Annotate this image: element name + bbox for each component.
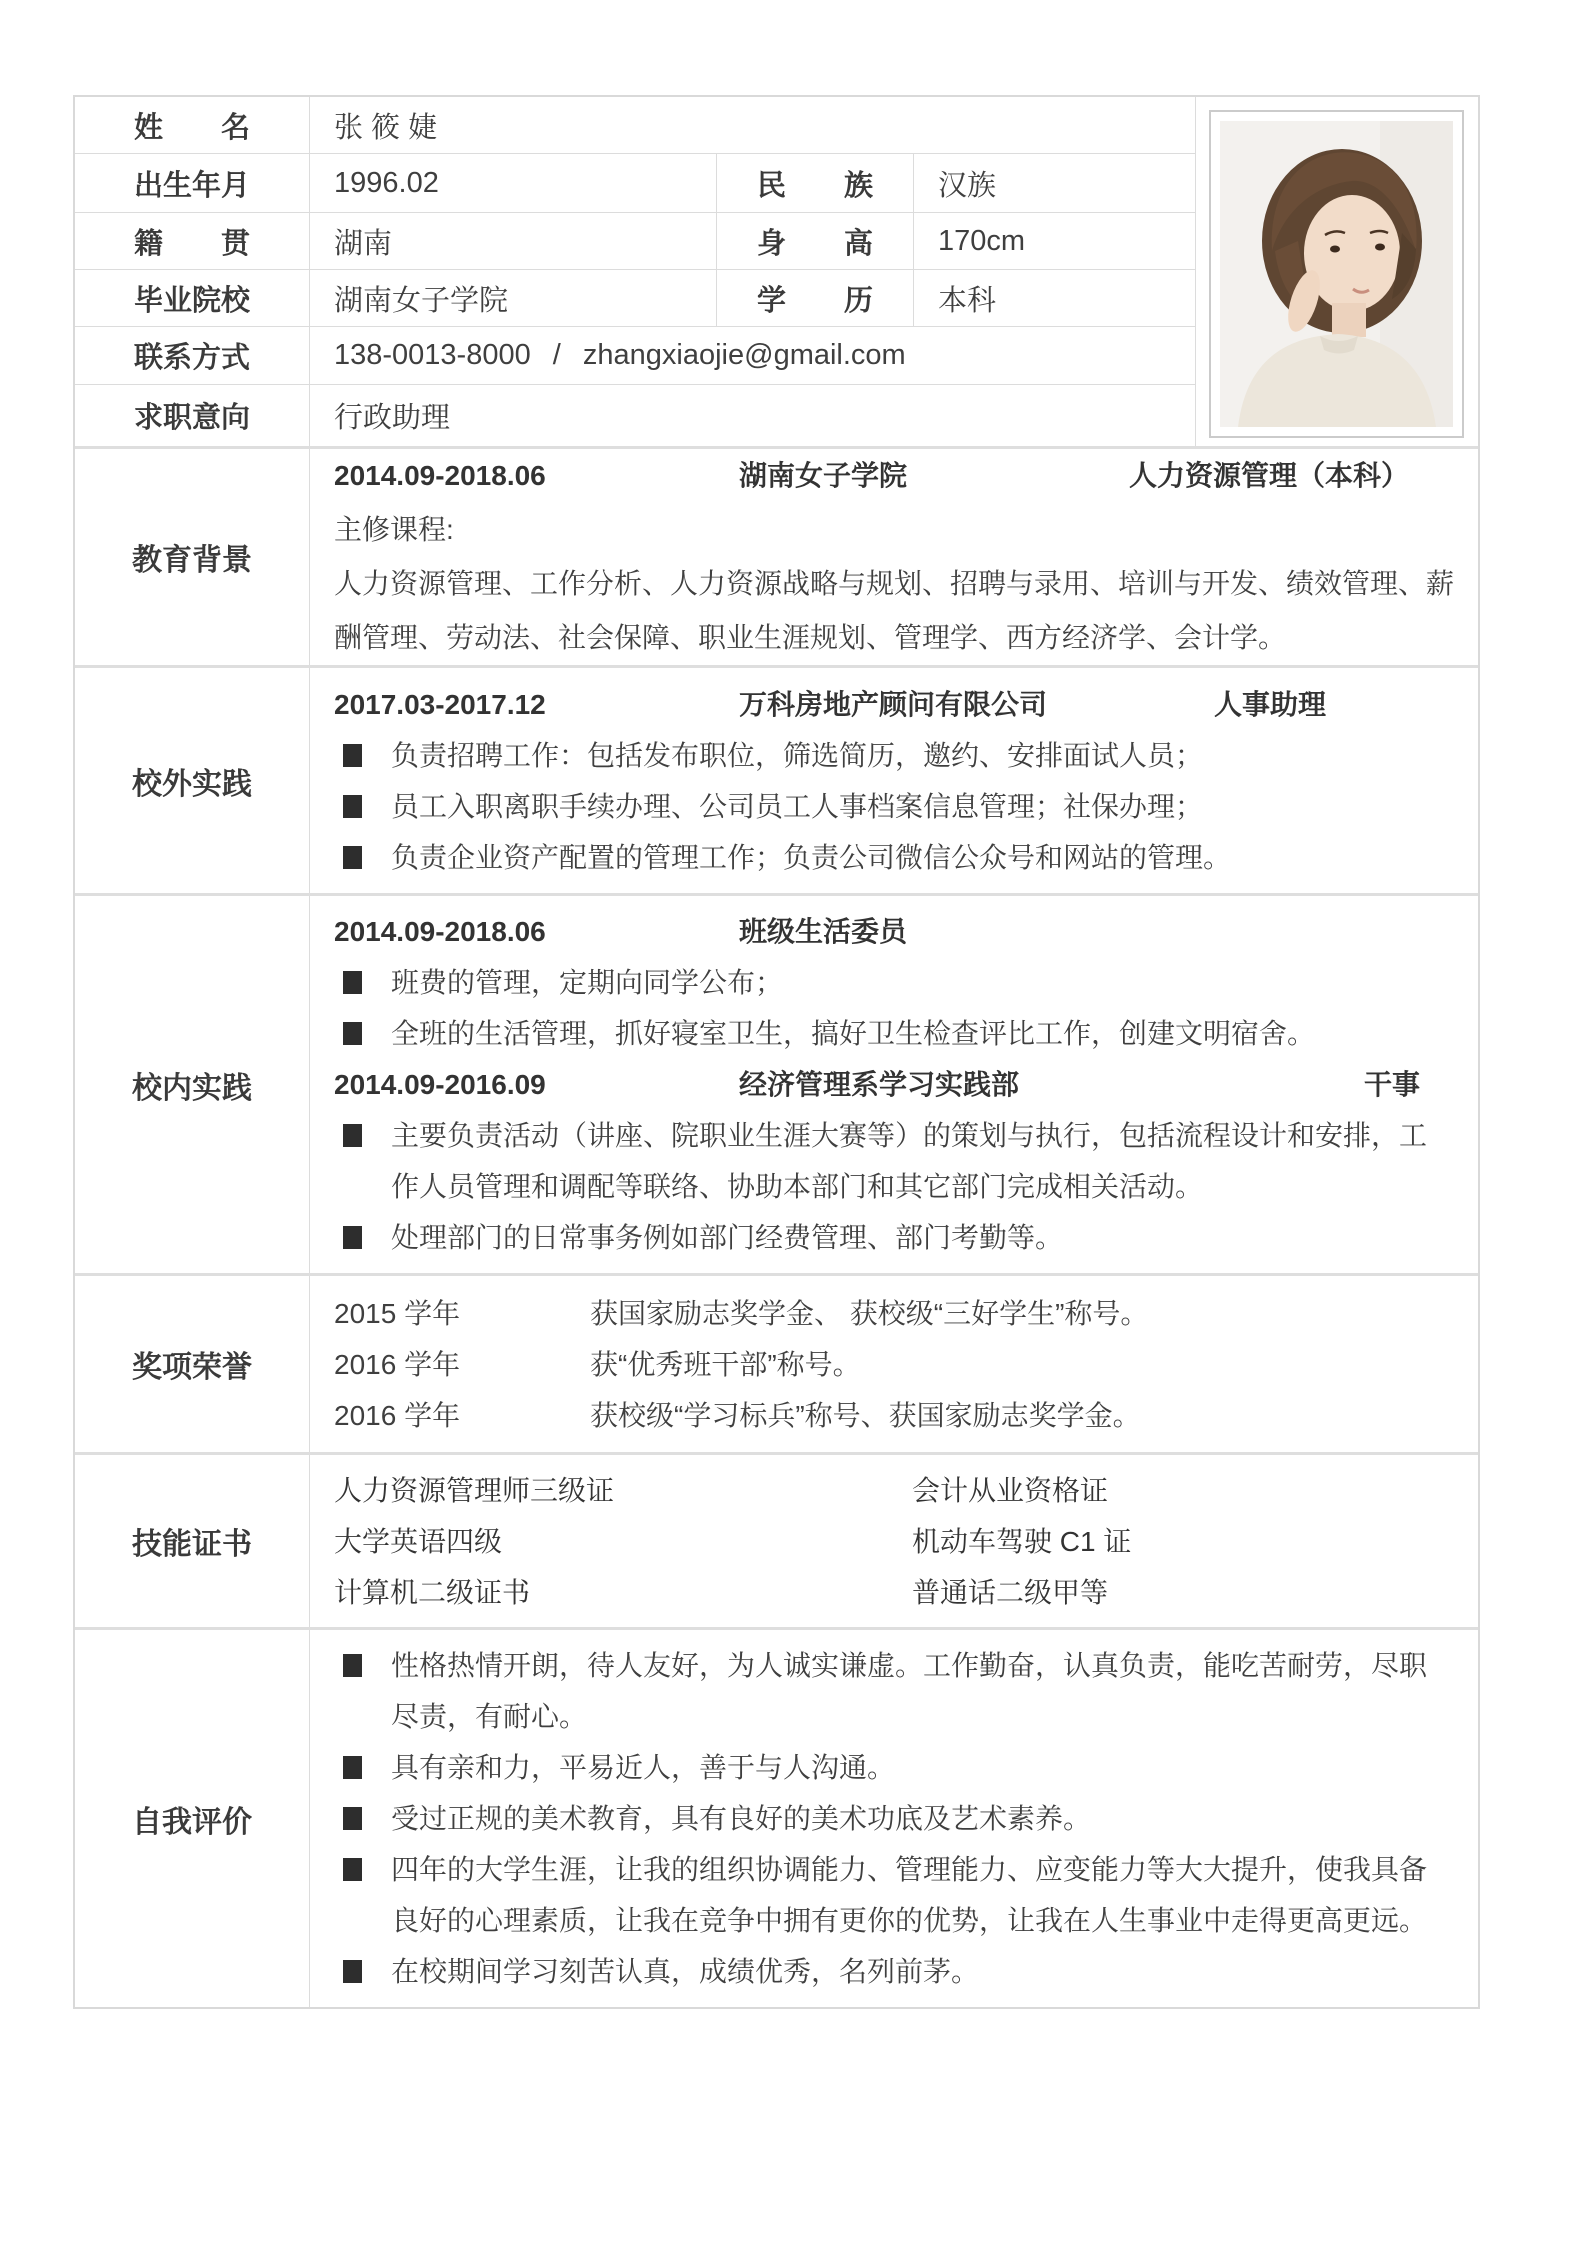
- list-item: 主要负责活动（讲座、院职业生涯大赛等）的策划与执行，包括流程设计和安排，工作人员…: [334, 1110, 1454, 1212]
- height-label: 身 高: [717, 213, 914, 270]
- list-item: 在校期间学习刻苦认真，成绩优秀，名列前茅。: [334, 1946, 1454, 1997]
- bullet-text: 四年的大学生涯，让我的组织协调能力、管理能力、应变能力等大大提升，使我具备良好的…: [391, 1854, 1427, 1936]
- bullet-text: 员工入职离职手续办理、公司员工人事档案信息管理；社保办理；: [391, 791, 1203, 822]
- origin-label: 籍 贯: [75, 213, 310, 270]
- section-self-evaluation: 自我评价 性格热情开朗，待人友好，为人诚实谦虚。工作勤奋，认真负责，能吃苦耐劳，…: [75, 1627, 1478, 2007]
- section-external-practice-content: 2017.03-2017.12 万科房地产顾问有限公司 人事助理 负责招聘工作：…: [310, 668, 1478, 893]
- internal-practice-header-2: 2014.09-2016.09 经济管理系学习实践部 干事: [334, 1059, 1454, 1110]
- bullet-text: 全班的生活管理，抓好寝室卫生，搞好卫生检查评比工作，创建文明宿舍。: [391, 1018, 1315, 1049]
- section-internal-practice-label: 校内实践: [75, 896, 310, 1273]
- objective-value: 行政助理: [310, 385, 1196, 446]
- award-item: 2015 学年 获国家励志奖学金、 获校级“三好学生”称号。: [334, 1288, 1454, 1339]
- external-practice-org: 万科房地产顾问有限公司: [739, 679, 1214, 730]
- award-year: 2016 学年: [334, 1339, 590, 1390]
- section-internal-practice: 校内实践 2014.09-2018.06 班级生活委员 班费的管理，定期向同学公…: [75, 893, 1478, 1273]
- award-item: 2016 学年 获校级“学习标兵”称号、获国家励志奖学金。: [334, 1390, 1454, 1441]
- list-item: 员工入职离职手续办理、公司员工人事档案信息管理；社保办理；: [334, 781, 1454, 832]
- square-bullet-icon: [343, 744, 362, 767]
- square-bullet-icon: [343, 1124, 362, 1147]
- bullet-text: 具有亲和力，平易近人，善于与人沟通。: [391, 1752, 895, 1783]
- square-bullet-icon: [343, 971, 362, 994]
- square-bullet-icon: [343, 1807, 362, 1830]
- award-item: 2016 学年 获“优秀班干部”称号。: [334, 1339, 1454, 1390]
- list-item: 全班的生活管理，抓好寝室卫生，搞好卫生检查评比工作，创建文明宿舍。: [334, 1008, 1454, 1059]
- courses-title: 主修课程:: [334, 503, 1454, 557]
- courses-text: 人力资源管理、工作分析、人力资源战略与规划、招聘与录用、培训与开发、绩效管理、薪…: [334, 557, 1454, 665]
- square-bullet-icon: [343, 1858, 362, 1881]
- internal-practice-org-2: 经济管理系学习实践部: [739, 1059, 1364, 1110]
- skill-item: 人力资源管理师三级证: [334, 1465, 912, 1516]
- award-desc: 获国家励志奖学金、 获校级“三好学生”称号。: [590, 1288, 1454, 1339]
- birth-value: 1996.02: [310, 154, 717, 213]
- education-major: 人力资源管理（本科）: [1129, 449, 1454, 503]
- award-desc: 获校级“学习标兵”称号、获国家励志奖学金。: [590, 1390, 1454, 1441]
- section-awards-content: 2015 学年 获国家励志奖学金、 获校级“三好学生”称号。 2016 学年 获…: [310, 1276, 1478, 1452]
- portrait-photo-frame: [1209, 110, 1464, 438]
- bullet-text: 负责企业资产配置的管理工作；负责公司微信公众号和网站的管理。: [391, 842, 1231, 873]
- bullet-text: 负责招聘工作：包括发布职位，筛选简历，邀约、安排面试人员；: [391, 740, 1203, 771]
- internal-practice-org-1: 班级生活委员: [739, 906, 1454, 957]
- external-practice-date: 2017.03-2017.12: [334, 679, 739, 730]
- graduate-school-label: 毕业院校: [75, 270, 310, 327]
- section-internal-practice-content: 2014.09-2018.06 班级生活委员 班费的管理，定期向同学公布； 全班…: [310, 896, 1478, 1273]
- name-value: 张 筱 婕: [310, 97, 1196, 154]
- square-bullet-icon: [343, 1022, 362, 1045]
- skill-row: 计算机二级证书 普通话二级甲等: [334, 1567, 1454, 1618]
- education-header: 2014.09-2018.06 湖南女子学院 人力资源管理（本科）: [334, 449, 1454, 503]
- section-awards: 奖项荣誉 2015 学年 获国家励志奖学金、 获校级“三好学生”称号。 2016…: [75, 1273, 1478, 1452]
- list-item: 负责招聘工作：包括发布职位，筛选简历，邀约、安排面试人员；: [334, 730, 1454, 781]
- graduate-school-value: 湖南女子学院: [310, 270, 717, 327]
- name-label: 姓 名: [75, 97, 310, 154]
- height-value: 170cm: [914, 213, 1196, 270]
- section-skills: 技能证书 人力资源管理师三级证 会计从业资格证 大学英语四级 机动车驾驶 C1 …: [75, 1452, 1478, 1627]
- bullet-text: 在校期间学习刻苦认真，成绩优秀，名列前茅。: [391, 1956, 979, 1987]
- education-school: 湖南女子学院: [739, 449, 1129, 503]
- external-practice-role: 人事助理: [1214, 679, 1454, 730]
- resume-page: 姓 名 张 筱 婕 出生年月 1996.02 民 族 汉族 籍 贯 湖南 身 高…: [0, 0, 1587, 2245]
- bullet-text: 班费的管理，定期向同学公布；: [391, 967, 783, 998]
- skill-row: 大学英语四级 机动车驾驶 C1 证: [334, 1516, 1454, 1567]
- portrait-photo: [1220, 121, 1453, 427]
- bullet-text: 主要负责活动（讲座、院职业生涯大赛等）的策划与执行，包括流程设计和安排，工作人员…: [391, 1120, 1427, 1202]
- list-item: 受过正规的美术教育，具有良好的美术功底及艺术素养。: [334, 1793, 1454, 1844]
- internal-practice-date-1: 2014.09-2018.06: [334, 906, 739, 957]
- ethnic-label: 民 族: [717, 154, 914, 213]
- skill-item: 计算机二级证书: [334, 1567, 912, 1618]
- award-year: 2015 学年: [334, 1288, 590, 1339]
- list-item: 性格热情开朗，待人友好，为人诚实谦虚。工作勤奋，认真负责，能吃苦耐劳，尽职尽责，…: [334, 1640, 1454, 1742]
- section-self-evaluation-label: 自我评价: [75, 1630, 310, 2007]
- bullet-text: 受过正规的美术教育，具有良好的美术功底及艺术素养。: [391, 1803, 1091, 1834]
- section-education-content: 2014.09-2018.06 湖南女子学院 人力资源管理（本科） 主修课程: …: [310, 449, 1478, 665]
- section-skills-label: 技能证书: [75, 1455, 310, 1627]
- square-bullet-icon: [343, 795, 362, 818]
- section-education: 教育背景 2014.09-2018.06 湖南女子学院 人力资源管理（本科） 主…: [75, 446, 1478, 665]
- award-year: 2016 学年: [334, 1390, 590, 1441]
- list-item: 班费的管理，定期向同学公布；: [334, 957, 1454, 1008]
- education-date: 2014.09-2018.06: [334, 449, 739, 503]
- birth-label: 出生年月: [75, 154, 310, 213]
- skill-item: 会计从业资格证: [912, 1465, 1454, 1516]
- resume-table: 姓 名 张 筱 婕 出生年月 1996.02 民 族 汉族 籍 贯 湖南 身 高…: [73, 95, 1480, 2009]
- skill-item: 机动车驾驶 C1 证: [912, 1516, 1454, 1567]
- degree-label: 学 历: [717, 270, 914, 327]
- section-external-practice: 校外实践 2017.03-2017.12 万科房地产顾问有限公司 人事助理 负责…: [75, 665, 1478, 893]
- list-item: 处理部门的日常事务例如部门经费管理、部门考勤等。: [334, 1212, 1454, 1263]
- bullet-text: 性格热情开朗，待人友好，为人诚实谦虚。工作勤奋，认真负责，能吃苦耐劳，尽职尽责，…: [391, 1650, 1427, 1732]
- square-bullet-icon: [343, 1960, 362, 1983]
- objective-label: 求职意向: [75, 385, 310, 446]
- award-desc: 获“优秀班干部”称号。: [590, 1339, 1454, 1390]
- list-item: 负责企业资产配置的管理工作；负责公司微信公众号和网站的管理。: [334, 832, 1454, 883]
- section-education-label: 教育背景: [75, 449, 310, 665]
- internal-practice-header-1: 2014.09-2018.06 班级生活委员: [334, 906, 1454, 957]
- degree-value: 本科: [914, 270, 1196, 327]
- section-awards-label: 奖项荣誉: [75, 1276, 310, 1452]
- internal-practice-role-2: 干事: [1364, 1059, 1454, 1110]
- skill-item: 普通话二级甲等: [912, 1567, 1454, 1618]
- origin-value: 湖南: [310, 213, 717, 270]
- photo-cell: [1196, 97, 1478, 446]
- personal-info-section: 姓 名 张 筱 婕 出生年月 1996.02 民 族 汉族 籍 贯 湖南 身 高…: [75, 97, 1478, 446]
- section-self-evaluation-content: 性格热情开朗，待人友好，为人诚实谦虚。工作勤奋，认真负责，能吃苦耐劳，尽职尽责，…: [310, 1630, 1478, 2007]
- list-item: 具有亲和力，平易近人，善于与人沟通。: [334, 1742, 1454, 1793]
- internal-practice-date-2: 2014.09-2016.09: [334, 1059, 739, 1110]
- square-bullet-icon: [343, 1654, 362, 1677]
- external-practice-header: 2017.03-2017.12 万科房地产顾问有限公司 人事助理: [334, 679, 1454, 730]
- section-skills-content: 人力资源管理师三级证 会计从业资格证 大学英语四级 机动车驾驶 C1 证 计算机…: [310, 1455, 1478, 1627]
- skill-item: 大学英语四级: [334, 1516, 912, 1567]
- bullet-text: 处理部门的日常事务例如部门经费管理、部门考勤等。: [391, 1222, 1063, 1253]
- list-item: 四年的大学生涯，让我的组织协调能力、管理能力、应变能力等大大提升，使我具备良好的…: [334, 1844, 1454, 1946]
- contact-label: 联系方式: [75, 327, 310, 385]
- section-external-practice-label: 校外实践: [75, 668, 310, 893]
- contact-value: 138-0013-8000 / zhangxiaojie@gmail.com: [310, 327, 1196, 385]
- square-bullet-icon: [343, 846, 362, 869]
- skill-row: 人力资源管理师三级证 会计从业资格证: [334, 1465, 1454, 1516]
- square-bullet-icon: [343, 1226, 362, 1249]
- square-bullet-icon: [343, 1756, 362, 1779]
- ethnic-value: 汉族: [914, 154, 1196, 213]
